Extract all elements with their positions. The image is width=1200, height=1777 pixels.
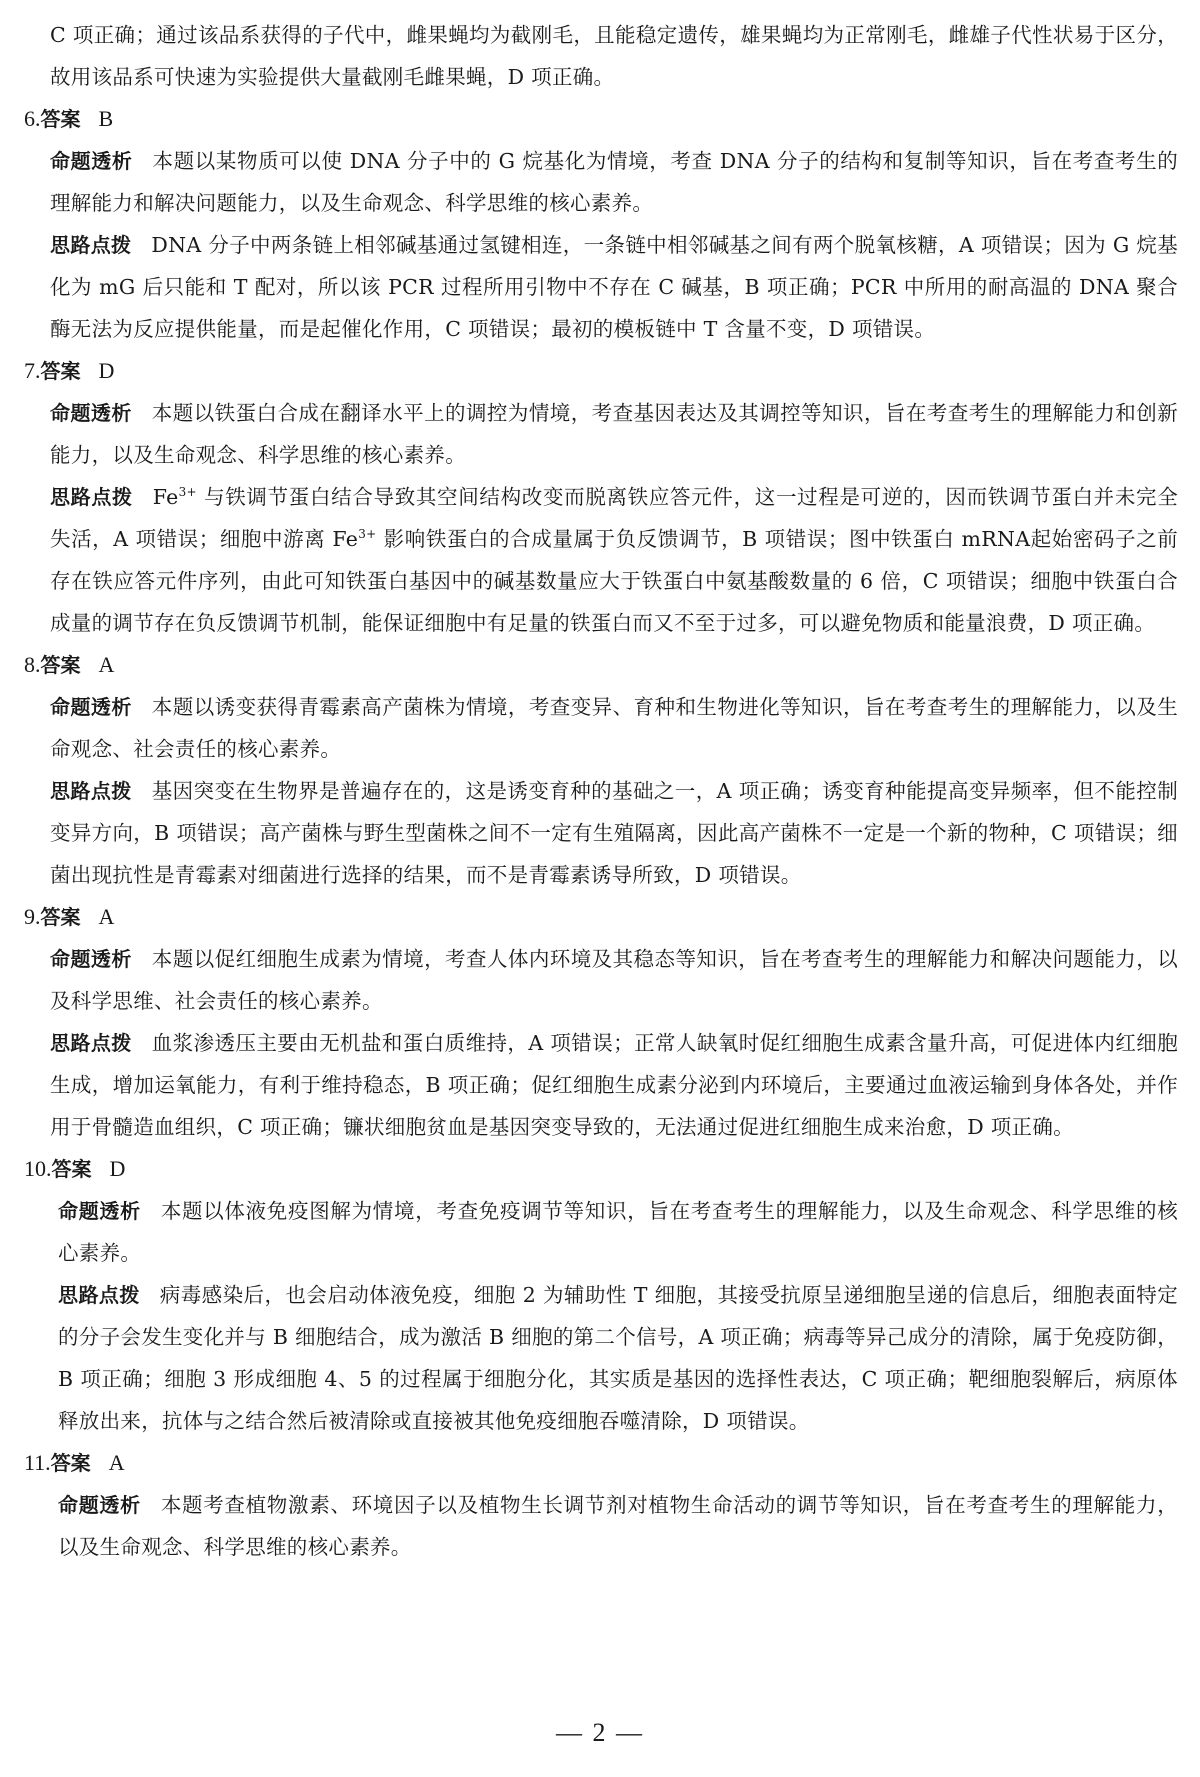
ion-charge: 3+ <box>179 485 197 499</box>
analysis-paragraph: 命题透析本题以体液免疫图解为情境，考查免疫调节等知识，旨在考查考生的理解能力，以… <box>58 1190 1178 1274</box>
question-number: 7. <box>24 358 41 383</box>
analysis-label: 命题透析 <box>58 1199 141 1223</box>
answer-heading: 7.答案D <box>24 350 1200 392</box>
question-10: 10.答案D 命题透析本题以体液免疫图解为情境，考查免疫调节等知识，旨在考查考生… <box>0 1148 1200 1442</box>
hint-label: 思路点拨 <box>50 485 133 509</box>
hint-text: 血浆渗透压主要由无机盐和蛋白质维持，A 项错误；正常人缺氧时促红细胞生成素含量升… <box>50 1031 1178 1139</box>
hint-paragraph: 思路点拨Fe3+ 与铁调节蛋白结合导致其空间结构改变而脱离铁应答元件，这一过程是… <box>50 476 1178 644</box>
answer-heading: 6.答案B <box>24 98 1200 140</box>
analysis-text: 本题以某物质可以使 DNA 分子中的 G 烷基化为情境，考查 DNA 分子的结构… <box>50 149 1178 215</box>
analysis-paragraph: 命题透析本题以促红细胞生成素为情境，考查人体内环境及其稳态等知识，旨在考查考生的… <box>50 938 1178 1022</box>
ion-charge: 3+ <box>358 527 376 541</box>
analysis-text: 本题以铁蛋白合成在翻译水平上的调控为情境，考查基因表达及其调控等知识，旨在考查考… <box>50 401 1178 467</box>
page-number: — 2 — <box>0 1718 1200 1748</box>
answer-label: 答案 <box>41 905 81 929</box>
analysis-paragraph: 命题透析本题以铁蛋白合成在翻译水平上的调控为情境，考查基因表达及其调控等知识，旨… <box>50 392 1178 476</box>
analysis-label: 命题透析 <box>58 1493 141 1517</box>
answer-value: A <box>99 652 115 677</box>
answer-heading: 8.答案A <box>24 644 1200 686</box>
answer-label: 答案 <box>41 107 81 131</box>
question-number: 10. <box>24 1156 52 1181</box>
hint-paragraph: 思路点拨基因突变在生物界是普遍存在的，这是诱变育种的基础之一，A 项正确；诱变育… <box>50 770 1178 896</box>
answer-label: 答案 <box>41 359 81 383</box>
answer-heading: 9.答案A <box>24 896 1200 938</box>
answer-label: 答案 <box>41 653 81 677</box>
analysis-text: 本题考查植物激素、环境因子以及植物生长调节剂对植物生命活动的调节等知识，旨在考查… <box>58 1493 1178 1559</box>
answer-value: A <box>99 904 115 929</box>
answer-value: D <box>99 358 115 383</box>
question-9: 9.答案A 命题透析本题以促红细胞生成素为情境，考查人体内环境及其稳态等知识，旨… <box>0 896 1200 1148</box>
hint-paragraph: 思路点拨病毒感染后，也会启动体液免疫，细胞 2 为辅助性 T 细胞，其接受抗原呈… <box>58 1274 1178 1442</box>
hint-text: 基因突变在生物界是普遍存在的，这是诱变育种的基础之一，A 项正确；诱变育种能提高… <box>50 779 1178 887</box>
analysis-paragraph: 命题透析本题以某物质可以使 DNA 分子中的 G 烷基化为情境，考查 DNA 分… <box>50 140 1178 224</box>
question-8: 8.答案A 命题透析本题以诱变获得青霉素高产菌株为情境，考查变异、育种和生物进化… <box>0 644 1200 896</box>
analysis-label: 命题透析 <box>50 401 132 425</box>
analysis-label: 命题透析 <box>50 695 132 719</box>
continuation-paragraph: C 项正确；通过该品系获得的子代中，雌果蝇均为截刚毛，且能稳定遗传，雄果蝇均为正… <box>50 14 1178 98</box>
question-6: 6.答案B 命题透析本题以某物质可以使 DNA 分子中的 G 烷基化为情境，考查… <box>0 98 1200 350</box>
hint-paragraph: 思路点拨血浆渗透压主要由无机盐和蛋白质维持，A 项错误；正常人缺氧时促红细胞生成… <box>50 1022 1178 1148</box>
question-11: 11.答案A 命题透析本题考查植物激素、环境因子以及植物生长调节剂对植物生命活动… <box>0 1442 1200 1568</box>
document-page: C 项正确；通过该品系获得的子代中，雌果蝇均为截刚毛，且能稳定遗传，雄果蝇均为正… <box>0 0 1200 1568</box>
answer-value: B <box>99 106 114 131</box>
analysis-text: 本题以体液免疫图解为情境，考查免疫调节等知识，旨在考查考生的理解能力，以及生命观… <box>58 1199 1178 1265</box>
question-number: 8. <box>24 652 41 677</box>
analysis-label: 命题透析 <box>50 947 132 971</box>
answer-heading: 11.答案A <box>24 1442 1200 1484</box>
answer-heading: 10.答案D <box>24 1148 1200 1190</box>
question-number: 11. <box>24 1450 51 1475</box>
answer-value: D <box>110 1156 126 1181</box>
answer-label: 答案 <box>52 1157 92 1181</box>
hint-label: 思路点拨 <box>58 1283 140 1307</box>
hint-label: 思路点拨 <box>50 233 131 257</box>
answer-value: A <box>109 1450 125 1475</box>
analysis-label: 命题透析 <box>50 149 133 173</box>
analysis-text: 本题以诱变获得青霉素高产菌株为情境，考查变异、育种和生物进化等知识，旨在考查考生… <box>50 695 1178 761</box>
hint-label: 思路点拨 <box>50 779 132 803</box>
hint-text: DNA 分子中两条链上相邻碱基通过氢键相连，一条链中相邻碱基之间有两个脱氧核糖，… <box>50 233 1178 341</box>
hint-label: 思路点拨 <box>50 1031 132 1055</box>
question-number: 9. <box>24 904 41 929</box>
answer-label: 答案 <box>51 1451 91 1475</box>
ion-symbol: Fe <box>153 485 179 509</box>
hint-text: 病毒感染后，也会启动体液免疫，细胞 2 为辅助性 T 细胞，其接受抗原呈递细胞呈… <box>58 1283 1178 1433</box>
analysis-text: 本题以促红细胞生成素为情境，考查人体内环境及其稳态等知识，旨在考查考生的理解能力… <box>50 947 1178 1013</box>
hint-paragraph: 思路点拨DNA 分子中两条链上相邻碱基通过氢键相连，一条链中相邻碱基之间有两个脱… <box>50 224 1178 350</box>
question-7: 7.答案D 命题透析本题以铁蛋白合成在翻译水平上的调控为情境，考查基因表达及其调… <box>0 350 1200 644</box>
question-number: 6. <box>24 106 41 131</box>
analysis-paragraph: 命题透析本题考查植物激素、环境因子以及植物生长调节剂对植物生命活动的调节等知识，… <box>58 1484 1178 1568</box>
analysis-paragraph: 命题透析本题以诱变获得青霉素高产菌株为情境，考查变异、育种和生物进化等知识，旨在… <box>50 686 1178 770</box>
